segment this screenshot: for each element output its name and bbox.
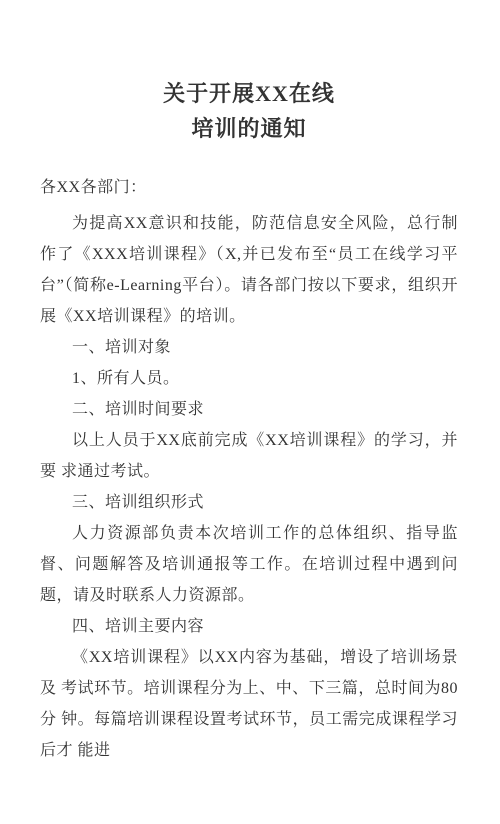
document-page: 关于开展XX在线 培训的通知 各XX各部门： 为提高XX意识和技能，防范信息安全… bbox=[0, 0, 500, 824]
section-2-paragraph: 以上人员于XX底前完成《XX培训课程》的学习，并要 求通过考试。 bbox=[40, 425, 458, 487]
title-line-1: 关于开展XX在线 bbox=[40, 76, 458, 111]
section-heading-3: 三、培训组织形式 bbox=[40, 487, 458, 518]
section-1-item: 1、所有人员。 bbox=[40, 363, 458, 394]
document-body: 各XX各部门： 为提高XX意识和技能，防范信息安全风险，总行制作了《XXX培训课… bbox=[40, 172, 458, 766]
title-line-2: 培训的通知 bbox=[40, 111, 458, 146]
section-heading-2: 二、培训时间要求 bbox=[40, 394, 458, 425]
paragraph-intro: 为提高XX意识和技能，防范信息安全风险，总行制作了《XXX培训课程》（X,并已发… bbox=[40, 208, 458, 332]
salutation: 各XX各部门： bbox=[40, 172, 458, 203]
section-4-paragraph: 《XX培训课程》以XX内容为基础，增设了培训场景及 考试环节。培训课程分为上、中… bbox=[40, 642, 458, 766]
section-3-paragraph: 人力资源部负责本次培训工作的总体组织、指导监督、问题解答及培训通报等工作。在培训… bbox=[40, 518, 458, 611]
section-heading-1: 一、培训对象 bbox=[40, 332, 458, 363]
section-heading-4: 四、培训主要内容 bbox=[40, 611, 458, 642]
document-title: 关于开展XX在线 培训的通知 bbox=[40, 76, 458, 146]
